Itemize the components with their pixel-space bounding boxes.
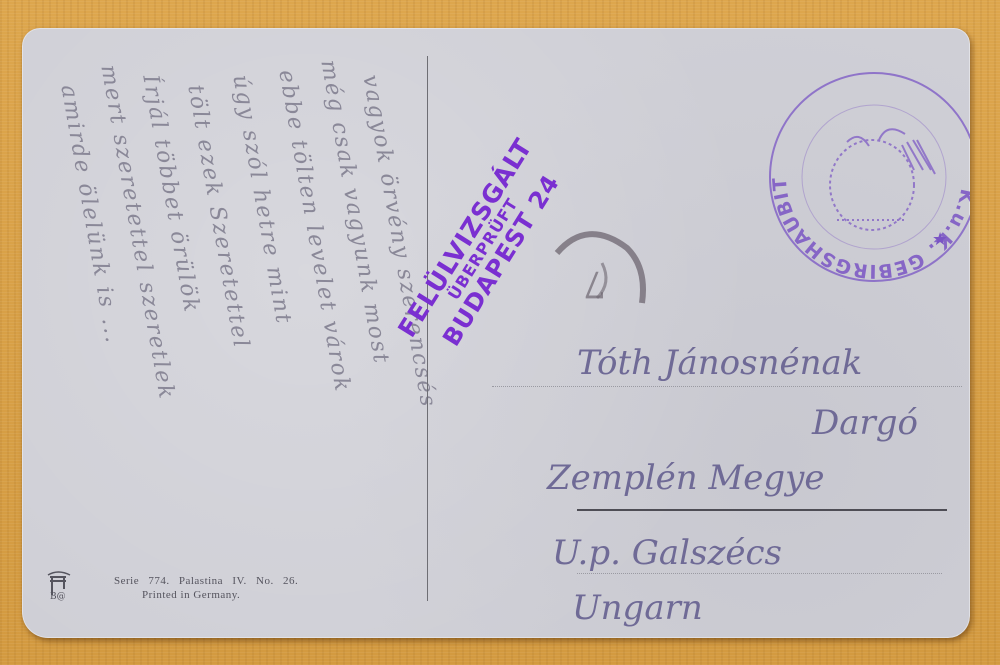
address-postoffice: U.p. Galszécs	[552, 533, 782, 573]
address-line	[577, 509, 947, 511]
imprint-printed: Printed in Germany.	[142, 589, 240, 601]
svg-text:★: ★	[932, 229, 948, 250]
postmark-stamp: 7	[542, 223, 652, 333]
address-line	[492, 386, 962, 387]
svg-text:K.u.K. GEBIRGSHAUBITZBATTERIE: K.u.K. GEBIRGSHAUBITZBATTERIE 7/4	[767, 70, 970, 282]
address-line	[577, 573, 942, 574]
address-recipient: Tóth Jánosnénak	[577, 343, 862, 383]
svg-text:7: 7	[583, 263, 606, 304]
unit-stamp: K.u.K. GEBIRGSHAUBITZBATTERIE 7/4 ★	[767, 70, 970, 285]
address-county: Zemplén Megye	[547, 458, 824, 498]
postcard: vagyok örvény szerencsés még csak vagyun…	[22, 28, 970, 638]
imprint-series: Serie 774. Palastina IV. No. 26.	[114, 575, 298, 587]
svg-text:B@: B@	[50, 592, 66, 601]
double-headed-eagle-icon	[830, 129, 935, 230]
publisher-logo-icon: B@	[46, 571, 72, 601]
address-country: Ungarn	[572, 588, 703, 628]
address-village: Dargó	[812, 403, 918, 443]
